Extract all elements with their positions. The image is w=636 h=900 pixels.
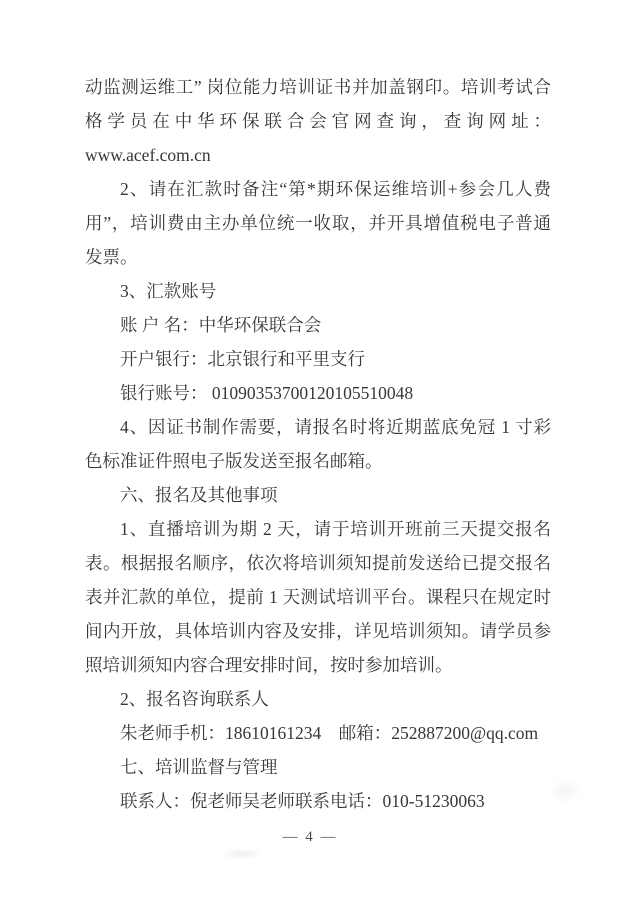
line-supervision-contact: 联系人：倪老师吴老师联系电话：010-51230063 [85,784,551,818]
line-training-schedule-4: 间内开放，具体培训内容及安排，详见培训须知。请学员参 [85,614,551,648]
section-heading-supervision: 七、培训监督与管理 [85,750,551,784]
line-website-url: www.acef.com.cn [85,138,551,172]
line-certificate-lookup: 格学员在中华环保联合会官网查询，查询网址： [85,104,551,138]
line-training-schedule-1: 1、直播培训为期 2 天，请于培训开班前三天提交报名 [85,512,551,546]
line-bank-account-number: 银行账号： 01090353700120105510048 [85,376,551,410]
line-remittance-account-heading: 3、汇款账号 [85,274,551,308]
line-training-schedule-3: 表并汇款的单位，提前 1 天测试培训平台。课程只在规定时 [85,580,551,614]
line-training-schedule-5: 照培训须知内容合理安排时间，按时参加培训。 [85,648,551,682]
section-heading-registration: 六、报名及其他事项 [85,478,551,512]
line-remittance-note-start: 2、请在汇款时备注“第*期环保运维培训+参会几人费 [85,172,551,206]
line-photo-requirement-end: 色标准证件照电子版发送至报名邮箱。 [85,444,551,478]
line-remittance-note-middle: 用”，培训费由主办单位统一收取，并开具增值税电子普通 [85,206,551,240]
document-text-block: 动监测运维工” 岗位能力培训证书并加盖钢印。培训考试合 格学员在中华环保联合会官… [85,70,551,818]
document-page: 动监测运维工” 岗位能力培训证书并加盖钢印。培训考试合 格学员在中华环保联合会官… [0,0,636,900]
line-certificate-continuation: 动监测运维工” 岗位能力培训证书并加盖钢印。培训考试合 [85,70,551,104]
line-contact-phone-email: 朱老师手机：18610161234 邮箱：252887200@qq.com [85,716,551,750]
line-bank-name: 开户银行：北京银行和平里支行 [85,342,551,376]
scan-smudge [222,848,262,860]
line-remittance-note-end: 发票。 [85,240,551,274]
line-training-schedule-2: 表。根据报名顺序，依次将培训须知提前发送给已提交报名 [85,546,551,580]
scan-smudge [548,778,582,804]
line-photo-requirement-start: 4、因证书制作需要，请报名时将近期蓝底免冠 1 寸彩 [85,410,551,444]
page-number: — 4 — [0,829,620,846]
line-registration-contact-heading: 2、报名咨询联系人 [85,682,551,716]
line-account-name: 账 户 名：中华环保联合会 [85,308,551,342]
